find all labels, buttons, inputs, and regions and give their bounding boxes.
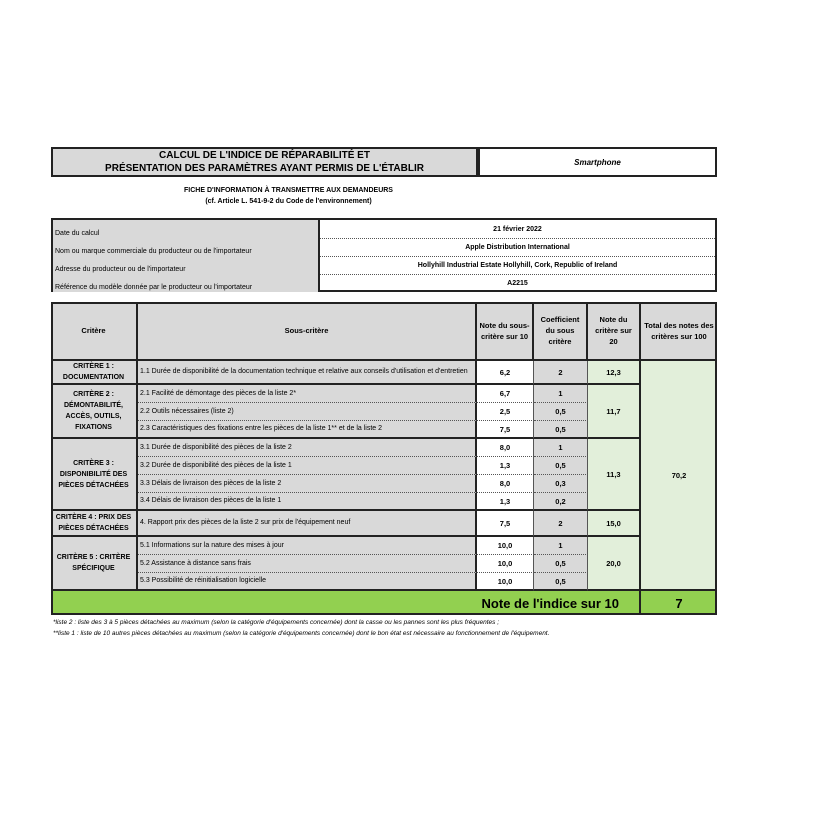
header-sous-critere: Sous-critère bbox=[138, 302, 477, 361]
info-row-producer: Nom ou marque commerciale du producteur … bbox=[53, 238, 715, 257]
sub-criterion-label: 5.1 Informations sur la nature des mises… bbox=[138, 537, 477, 555]
header-note-sous-critere: Note du sous-critère sur 10 bbox=[477, 302, 534, 361]
sub-criterion-note: 8,0 bbox=[477, 475, 534, 493]
info-value: Apple Distribution International bbox=[320, 238, 715, 256]
criterion-4-name: CRITÈRE 4 : PRIX DES PIÈCES DÉTACHÉES bbox=[51, 511, 138, 537]
sub-criterion-note: 6,7 bbox=[477, 385, 534, 403]
sub-criterion-coefficient: 0,3 bbox=[534, 475, 588, 493]
total-score: 70,2 bbox=[641, 361, 717, 591]
sub-criterion-coefficient: 0,5 bbox=[534, 573, 588, 591]
info-row-date: Date du calcul 21 février 2022 bbox=[53, 220, 715, 239]
final-index-label: Note de l'indice sur 10 bbox=[51, 591, 641, 615]
subtitle-line-2: (cf. Article L. 541-9-2 du Code de l'env… bbox=[51, 196, 526, 207]
sub-criterion-coefficient: 1 bbox=[534, 439, 588, 457]
sub-criterion-note: 8,0 bbox=[477, 439, 534, 457]
score-table: CritèreSous-critèreNote du sous-critère … bbox=[51, 302, 717, 616]
document-title: CALCUL DE L'INDICE DE RÉPARABILITÉ ET PR… bbox=[51, 147, 478, 177]
sub-criterion-coefficient: 0,2 bbox=[534, 493, 588, 511]
sub-criterion-label: 2.3 Caractéristiques des fixations entre… bbox=[138, 421, 477, 439]
sub-criterion-note: 7,5 bbox=[477, 511, 534, 537]
info-label: Adresse du producteur ou de l'importateu… bbox=[53, 256, 320, 274]
sub-criterion-coefficient: 0,5 bbox=[534, 457, 588, 475]
criterion-2-score: 11,7 bbox=[588, 385, 641, 439]
criterion-5-name: CRITÈRE 5 : CRITÈRE SPÉCIFIQUE bbox=[51, 537, 138, 591]
info-value: Hollyhill Industrial Estate Hollyhill, C… bbox=[320, 256, 715, 274]
sub-criterion-coefficient: 1 bbox=[534, 537, 588, 555]
subtitle-line-1: FICHE D'INFORMATION À TRANSMETTRE AUX DE… bbox=[51, 185, 526, 196]
title-line-1: CALCUL DE L'INDICE DE RÉPARABILITÉ ET bbox=[105, 149, 424, 162]
header-critere: Critère bbox=[51, 302, 138, 361]
criterion-4-score: 15,0 bbox=[588, 511, 641, 537]
sub-criterion-coefficient: 1 bbox=[534, 385, 588, 403]
info-row-model: Référence du modèle donnée par le produc… bbox=[53, 274, 715, 292]
sub-criterion-note: 10,0 bbox=[477, 573, 534, 591]
info-value: 21 février 2022 bbox=[320, 220, 715, 238]
criterion-1-score: 12,3 bbox=[588, 361, 641, 385]
sub-criterion-label: 3.4 Délais de livraison des pièces de la… bbox=[138, 493, 477, 511]
sub-criterion-label: 3.2 Durée de disponibilité des pièces de… bbox=[138, 457, 477, 475]
subtitle: FICHE D'INFORMATION À TRANSMETTRE AUX DE… bbox=[51, 185, 526, 207]
info-label: Référence du modèle donnée par le produc… bbox=[53, 274, 320, 292]
sub-criterion-note: 10,0 bbox=[477, 537, 534, 555]
sub-criterion-note: 1,3 bbox=[477, 457, 534, 475]
header-coefficient: Coefficient du sous critère bbox=[534, 302, 588, 361]
sub-criterion-note: 6,2 bbox=[477, 361, 534, 385]
footnote-liste-2: *liste 2 : liste des 3 à 5 pièces détach… bbox=[53, 617, 753, 628]
sub-criterion-label: 2.2 Outils nécessaires (liste 2) bbox=[138, 403, 477, 421]
footnotes: *liste 2 : liste des 3 à 5 pièces détach… bbox=[53, 617, 753, 639]
sub-criterion-coefficient: 2 bbox=[534, 361, 588, 385]
sub-criterion-note: 10,0 bbox=[477, 555, 534, 573]
sub-criterion-coefficient: 0,5 bbox=[534, 421, 588, 439]
sub-criterion-label: 1.1 Durée de disponibilité de la documen… bbox=[138, 361, 477, 385]
info-label: Nom ou marque commerciale du producteur … bbox=[53, 238, 320, 256]
sub-criterion-coefficient: 0,5 bbox=[534, 403, 588, 421]
sub-criterion-label: 5.2 Assistance à distance sans frais bbox=[138, 555, 477, 573]
footnote-liste-1: **liste 1 : liste de 10 autres pièces dé… bbox=[53, 628, 753, 639]
final-index-value: 7 bbox=[641, 591, 717, 615]
sub-criterion-coefficient: 2 bbox=[534, 511, 588, 537]
sub-criterion-note: 1,3 bbox=[477, 493, 534, 511]
criterion-5-score: 20,0 bbox=[588, 537, 641, 591]
product-category: Smartphone bbox=[478, 147, 717, 177]
sub-criterion-label: 3.3 Délais de livraison des pièces de la… bbox=[138, 475, 477, 493]
criterion-3-name: CRITÈRE 3 : DISPONIBILITÉ DES PIÈCES DÉT… bbox=[51, 439, 138, 511]
sub-criterion-label: 5.3 Possibilité de réinitialisation logi… bbox=[138, 573, 477, 591]
criterion-3-score: 11,3 bbox=[588, 439, 641, 511]
sub-criterion-label: 3.1 Durée de disponibilité des pièces de… bbox=[138, 439, 477, 457]
info-label: Date du calcul bbox=[53, 220, 320, 238]
header-total: Total des notes des critères sur 100 bbox=[641, 302, 717, 361]
criterion-2-name: CRITÈRE 2 : DÉMONTABILITÉ, ACCÈS, OUTILS… bbox=[51, 385, 138, 439]
sub-criterion-note: 2,5 bbox=[477, 403, 534, 421]
header-note-critere: Note du critère sur 20 bbox=[588, 302, 641, 361]
info-table: Date du calcul 21 février 2022 Nom ou ma… bbox=[51, 218, 717, 292]
criterion-1-name: CRITÈRE 1 : DOCUMENTATION bbox=[51, 361, 138, 385]
title-line-2: PRÉSENTATION DES PARAMÈTRES AYANT PERMIS… bbox=[105, 162, 424, 175]
sub-criterion-label: 2.1 Facilité de démontage des pièces de … bbox=[138, 385, 477, 403]
sub-criterion-label: 4. Rapport prix des pièces de la liste 2… bbox=[138, 511, 477, 537]
info-value: A2215 bbox=[320, 274, 715, 292]
info-row-address: Adresse du producteur ou de l'importateu… bbox=[53, 256, 715, 275]
sub-criterion-coefficient: 0,5 bbox=[534, 555, 588, 573]
sub-criterion-note: 7,5 bbox=[477, 421, 534, 439]
